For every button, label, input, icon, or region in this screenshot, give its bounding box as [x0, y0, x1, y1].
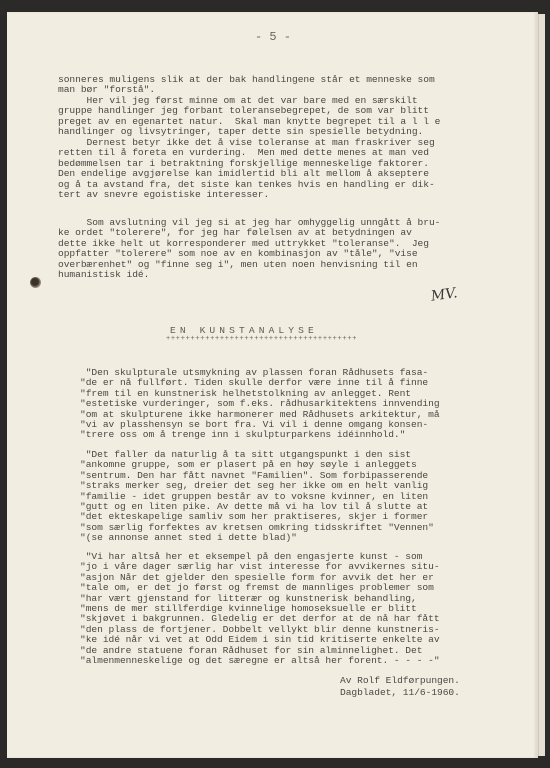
intro-paragraph-4: Som avslutning vil jeg si at jeg har omh…: [58, 218, 440, 280]
page-edge: [538, 14, 545, 756]
signature-source: Dagbladet, 11/6-1960.: [340, 688, 460, 698]
intro-paragraph-3: Dernest betyr ikke det å vise toleranse …: [58, 138, 435, 200]
quote-paragraph-3: "Vi har altså her et eksempel på den eng…: [80, 552, 440, 666]
page-number: - 5 -: [255, 30, 291, 44]
punch-hole: [30, 277, 41, 288]
section-underline: +++++++++++++++++++++++++++++++++++++++: [166, 335, 357, 343]
intro-paragraph-2: Her vil jeg først minne om at det var ba…: [58, 96, 440, 138]
signature-author: Av Rolf Eldførpungen.: [340, 676, 460, 686]
quote-paragraph-2: "Det faller da naturlig å ta sitt utgang…: [80, 450, 434, 544]
quote-paragraph-1: "Den skulpturale utsmykning av plassen f…: [80, 368, 440, 441]
intro-paragraph-1: sonneres muligens slik at der bak handli…: [58, 75, 435, 96]
